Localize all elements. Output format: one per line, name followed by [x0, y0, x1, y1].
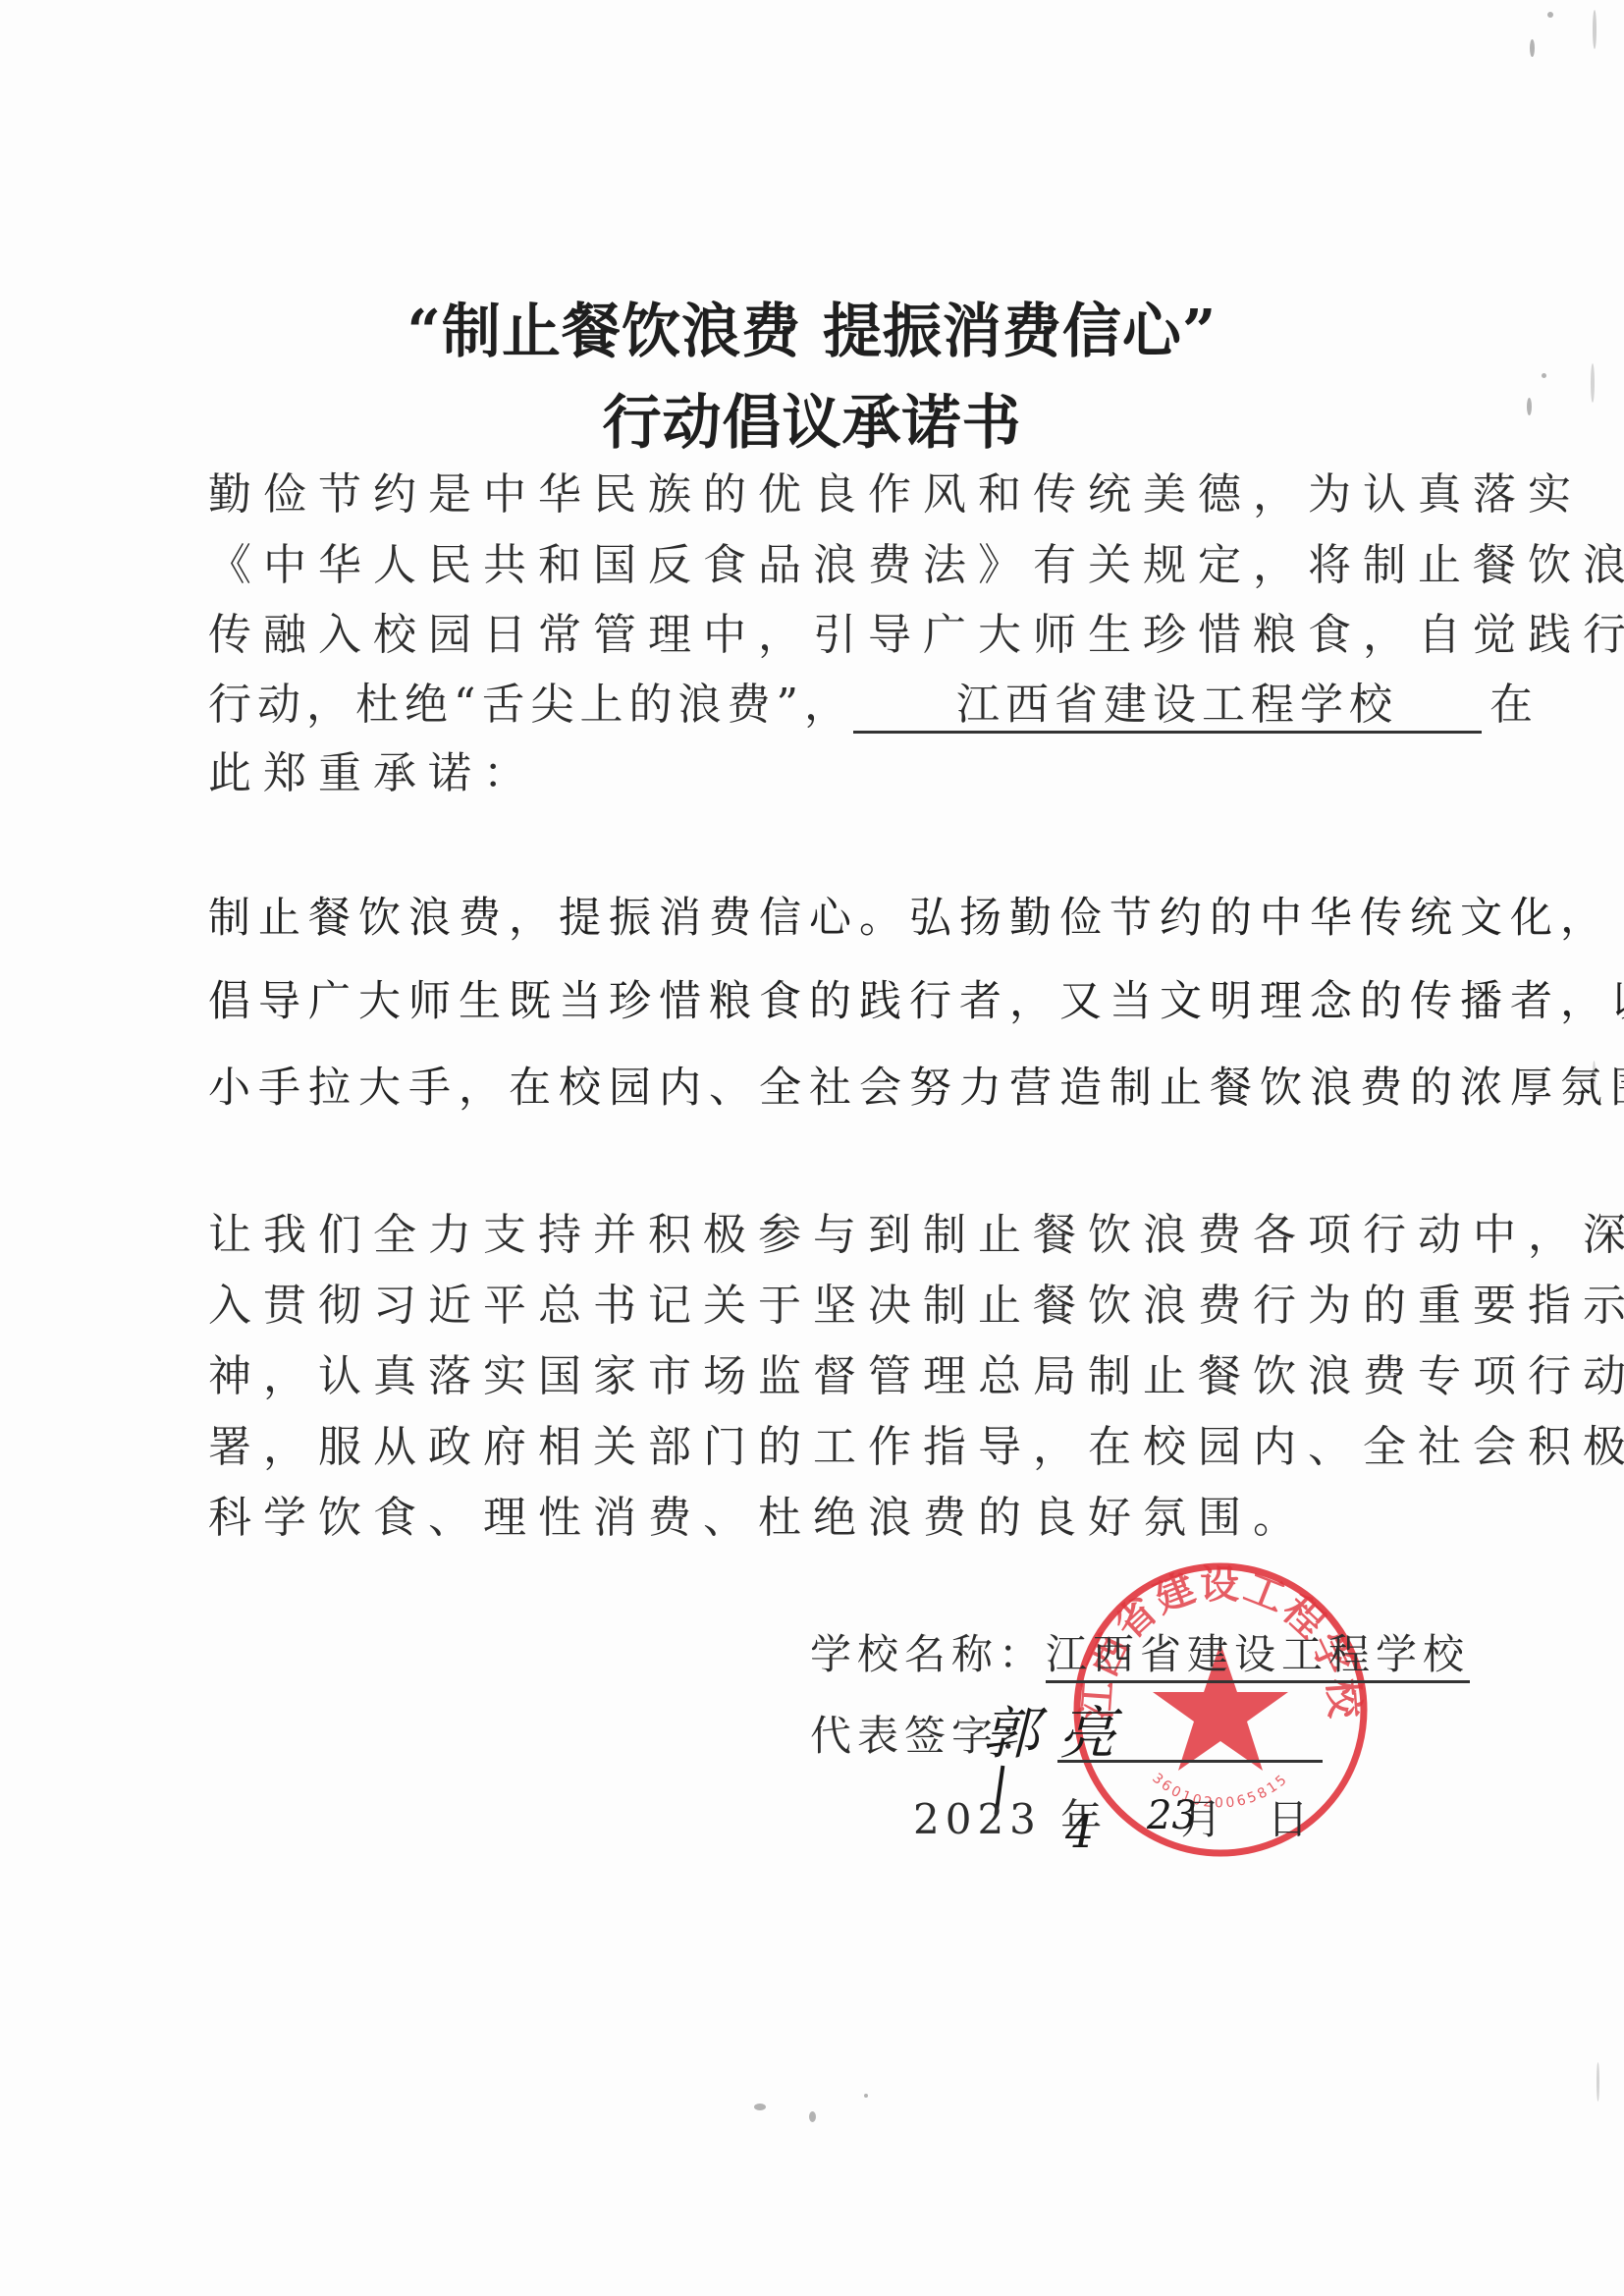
- paragraph-3-line: 让我们全力支持并积极参与到制止餐饮浪费各项行动中，深: [208, 1206, 1418, 1265]
- paragraph-2-line: 制止餐饮浪费，提振消费信心。弘扬勤俭节约的中华传统文化，: [208, 889, 1418, 948]
- paragraph-3-line: 署，服从政府相关部门的工作指导，在校园内、全社会积极营造: [208, 1418, 1418, 1477]
- scan-speck: [1597, 2062, 1599, 2102]
- scan-speck: [1542, 373, 1546, 378]
- paragraph-1-line-text: 行动，杜绝“舌尖上的浪费”，: [208, 680, 853, 730]
- scan-speck: [1593, 1061, 1596, 1090]
- scan-speck: [1527, 398, 1532, 415]
- paragraph-1-line: 传融入校园日常管理中，引导广大师生珍惜粮食，自觉践行光盘: [208, 606, 1418, 665]
- paragraph-1-line: 《中华人民共和国反食品浪费法》有关规定，将制止餐饮浪费宣: [208, 536, 1418, 595]
- date-day-label: 日: [1268, 1795, 1315, 1843]
- handwritten-day: 23: [1147, 1793, 1197, 1838]
- paragraph-3-line: 科学饮食、理性消费、杜绝浪费的良好氛围。: [208, 1489, 1418, 1548]
- handwritten-signature: 郭亮: [982, 1687, 1135, 1770]
- scan-speck: [1530, 39, 1535, 57]
- paragraph-1-line: 此郑重承诺：: [208, 744, 1418, 803]
- scan-speck: [864, 2094, 868, 2098]
- school-name-value: 江西省建设工程学校: [1046, 1629, 1470, 1683]
- scan-speck: [809, 2111, 816, 2122]
- paragraph-1-line-fill: 行动，杜绝“舌尖上的浪费”，江西省建设工程学校在: [208, 676, 1418, 735]
- handwritten-month: 4: [1065, 1805, 1094, 1858]
- scan-speck: [754, 2104, 766, 2110]
- title-line-1: “制止餐饮浪费 提振消费信心”: [0, 285, 1624, 369]
- school-name-fill: 江西省建设工程学校: [853, 680, 1482, 734]
- paragraph-2-line: 倡导广大师生既当珍惜粮食的践行者，又当文明理念的传播者，以: [208, 972, 1418, 1031]
- paragraph-3-line: 神，认真落实国家市场监督管理总局制止餐饮浪费专项行动部: [208, 1347, 1418, 1406]
- paragraph-1-after-fill: 在: [1489, 680, 1539, 730]
- title-line-2: 行动倡议承诺书: [0, 376, 1624, 461]
- scan-speck: [1593, 10, 1597, 49]
- paragraph-1-line: 勤俭节约是中华民族的优良作风和传统美德，为认真落实: [208, 465, 1418, 524]
- school-name-row: 学校名称：江西省建设工程学校: [810, 1622, 1470, 1683]
- scan-speck: [1591, 363, 1595, 403]
- paragraph-2-line: 小手拉大手，在校园内、全社会努力营造制止餐饮浪费的浓厚氛围。: [208, 1059, 1418, 1118]
- paragraph-3-line: 入贯彻习近平总书记关于坚决制止餐饮浪费行为的重要指示精: [208, 1277, 1418, 1336]
- scan-speck: [1547, 12, 1553, 18]
- school-name-label: 学校名称：: [810, 1630, 1046, 1678]
- date-row: 2023 年 月日: [913, 1787, 1315, 1846]
- document-page: “制止餐饮浪费 提振消费信心” 行动倡议承诺书 勤俭节约是中华民族的优良作风和传…: [0, 0, 1624, 2296]
